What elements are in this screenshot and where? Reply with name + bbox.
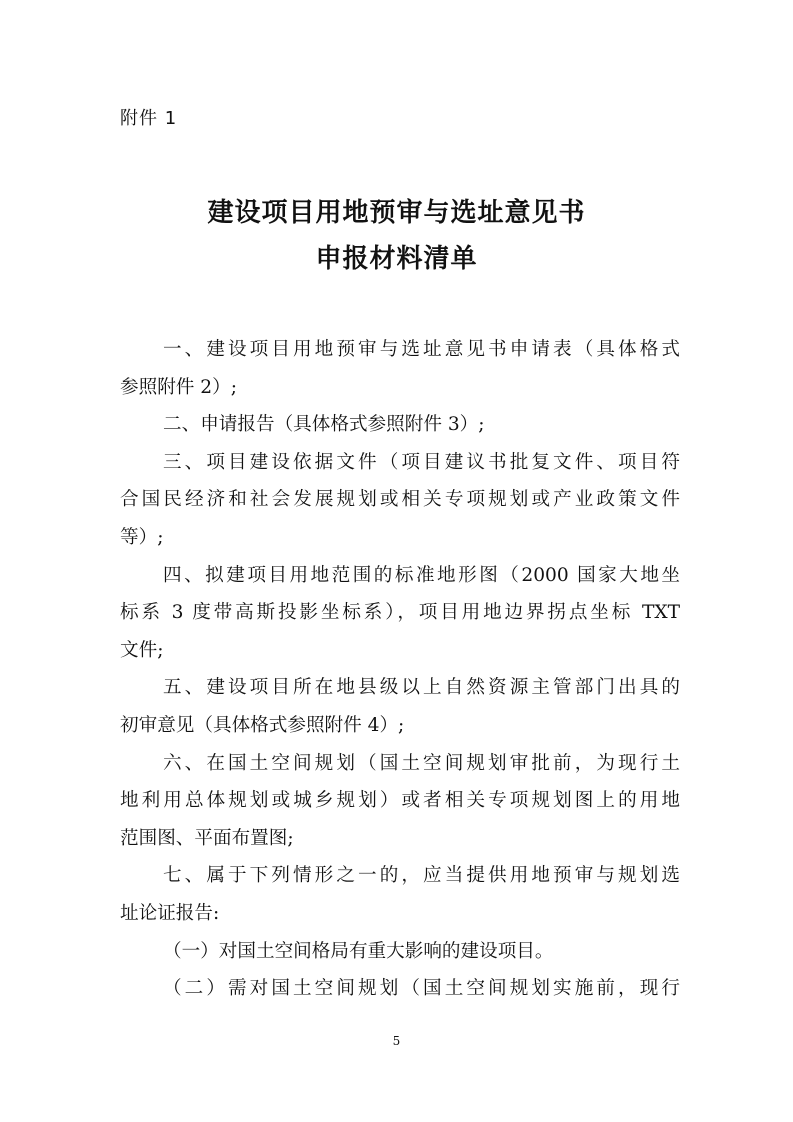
text-line: 初审意见（具体格式参照附件 4）;	[120, 707, 680, 745]
text-line: 七、属于下列情形之一的，应当提供用地预审与规划选	[120, 857, 680, 895]
text-line: 范围图、平面布置图;	[120, 820, 680, 858]
text-line: 六、在国土空间规划（国土空间规划审批前，为现行土	[120, 745, 680, 783]
list-item-4: 四、拟建项目用地范围的标准地形图（2000 国家大地坐 标系 3 度带高斯投影坐…	[120, 557, 680, 670]
text-line: 二、申请报告（具体格式参照附件 3）;	[120, 406, 680, 444]
text-line: 合国民经济和社会发展规划或相关专项规划或产业政策文件	[120, 481, 680, 519]
text-line: （二）需对国土空间规划（国土空间规划实施前，现行	[120, 970, 680, 1008]
list-item-3: 三、项目建设依据文件（项目建议书批复文件、项目符 合国民经济和社会发展规划或相关…	[120, 444, 680, 557]
text-line: 一、建设项目用地预审与选址意见书申请表（具体格式	[120, 331, 680, 369]
text-line: 文件;	[120, 632, 680, 670]
attachment-label: 附件 1	[120, 104, 177, 130]
list-item-6: 六、在国土空间规划（国土空间规划审批前，为现行土 地利用总体规划或城乡规划）或者…	[120, 745, 680, 858]
sub-item-7-1: （一）对国土空间格局有重大影响的建设项目。	[120, 933, 680, 971]
text-line: 四、拟建项目用地范围的标准地形图（2000 国家大地坐	[120, 557, 680, 595]
document-title-line-2: 申报材料清单	[0, 238, 793, 275]
document-body: 一、建设项目用地预审与选址意见书申请表（具体格式 参照附件 2）; 二、申请报告…	[120, 331, 680, 1008]
page-number: 5	[0, 1034, 793, 1048]
text-line: 址论证报告:	[120, 895, 680, 933]
document-page: 附件 1 建设项目用地预审与选址意见书 申报材料清单 一、建设项目用地预审与选址…	[0, 0, 793, 1122]
sub-item-7-2: （二）需对国土空间规划（国土空间规划实施前，现行	[120, 970, 680, 1008]
text-line: （一）对国土空间格局有重大影响的建设项目。	[120, 933, 680, 971]
list-item-7: 七、属于下列情形之一的，应当提供用地预审与规划选 址论证报告:	[120, 857, 680, 932]
text-line: 等）;	[120, 519, 680, 557]
text-line: 地利用总体规划或城乡规划）或者相关专项规划图上的用地	[120, 782, 680, 820]
text-line: 五、建设项目所在地县级以上自然资源主管部门出具的	[120, 669, 680, 707]
list-item-2: 二、申请报告（具体格式参照附件 3）;	[120, 406, 680, 444]
text-line: 三、项目建设依据文件（项目建议书批复文件、项目符	[120, 444, 680, 482]
list-item-1: 一、建设项目用地预审与选址意见书申请表（具体格式 参照附件 2）;	[120, 331, 680, 406]
text-line: 标系 3 度带高斯投影坐标系），项目用地边界拐点坐标 TXT	[120, 594, 680, 632]
document-title-line-1: 建设项目用地预审与选址意见书	[0, 192, 793, 229]
list-item-5: 五、建设项目所在地县级以上自然资源主管部门出具的 初审意见（具体格式参照附件 4…	[120, 669, 680, 744]
text-line: 参照附件 2）;	[120, 369, 680, 407]
